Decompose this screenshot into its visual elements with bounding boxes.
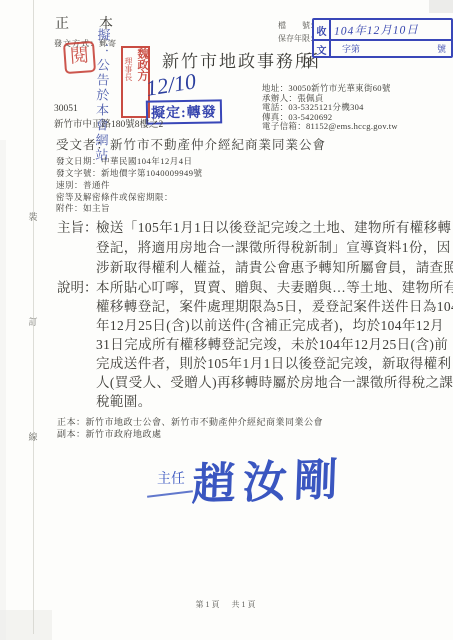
- subject-label: 主旨：: [57, 216, 98, 236]
- sender-zip: 30051: [54, 104, 78, 114]
- received-ref-prefix: 字第: [342, 42, 360, 55]
- scan-artifact-top-right: [429, 0, 453, 13]
- sender-address: 新竹市中正路180號8樓之2: [54, 116, 163, 130]
- received-ref-suffix: 號: [437, 42, 446, 55]
- duplicate-copy-recipients: 副本：新竹市政府地政處: [57, 427, 162, 440]
- stamp-divider-horizontal: [314, 39, 451, 41]
- received-date-handwritten: 104年12月10日: [334, 21, 419, 38]
- explanation-label: 說明：: [57, 276, 98, 296]
- explanation-line: 年12月25日(含)以前送件(含補正完成者)，均於104年12月: [96, 314, 444, 334]
- explanation-line: 權移轉登記，案件處理期限為5日，爰登記案件送件日為104: [96, 295, 453, 315]
- scan-artifact-left-edge: [0, 140, 6, 640]
- subject-line: 檢送「105年1月1日以後登記完竣之土地、建物所有權移轉: [96, 216, 451, 236]
- signature-title: 主任: [157, 468, 185, 488]
- scan-artifact-bottom-left: [0, 610, 52, 640]
- explanation-line: 完成送件者，則於105年1月1日以後登記完竣，新取得權利: [96, 352, 451, 372]
- signature-flourish: [147, 490, 193, 498]
- received-stamp-char-wen: 文: [314, 42, 329, 57]
- binding-mark-ding: 訂: [24, 315, 42, 328]
- stamp-divider-vertical: [329, 20, 331, 56]
- meta-issue-date: 發文日期：中華民國104年12月4日: [56, 155, 193, 167]
- scanned-official-letter: 裝 訂 線 正 本 發文方式：郵寄 新竹市地政事務所 函 檔 號： 保存年限： …: [0, 0, 453, 640]
- meta-attachment: 附件：如主旨: [56, 202, 110, 214]
- subject-line: 登記，將適用房地合一課徵所得稅新制」宣導資料1份，因: [96, 236, 451, 256]
- binding-mark-xian: 線: [24, 430, 42, 443]
- received-date-stamp: 收 文 104年12月10日 字第 號: [312, 18, 453, 58]
- read-approval-stamp: 閱: [63, 41, 96, 74]
- meta-ref-number: 發文字號：新地價字第1040009949號: [56, 167, 203, 179]
- issuing-org-title: 新竹市地政事務所: [162, 47, 314, 72]
- chairman-seal-title: 理事長: [123, 57, 134, 81]
- explanation-line: 本所貼心叮嚀，買賣、贈與、夫妻贈與…等土地、建物所有: [96, 276, 453, 296]
- subject-line: 涉新取得權利人權益，請貴公會惠予轉知所屬會員，請查照。: [96, 256, 453, 276]
- explanation-line: 稅範圍。: [96, 390, 152, 410]
- page-number-footer: 第1頁 共1頁: [0, 599, 453, 610]
- explanation-line: 人(買受人、受贈人)再移轉時屬於房地合一課徵所得稅之課: [96, 371, 453, 391]
- meta-speed-class: 速別：普通件: [56, 179, 110, 191]
- contact-email: 電子信箱：81152@ems.hccg.gov.tw: [262, 120, 398, 132]
- binding-mark-zhuang: 裝: [24, 210, 42, 223]
- handwritten-date: 12/10: [144, 68, 198, 102]
- recipient-line: 受文者：新竹市不動產仲介經紀商業同業公會: [56, 135, 326, 153]
- signature-name: 趙汝剛: [191, 443, 346, 512]
- explanation-line: 31日完成所有權移轉登記完竣，未於104年12月25日(含)前: [96, 333, 448, 353]
- received-stamp-char-shou: 收: [314, 23, 329, 38]
